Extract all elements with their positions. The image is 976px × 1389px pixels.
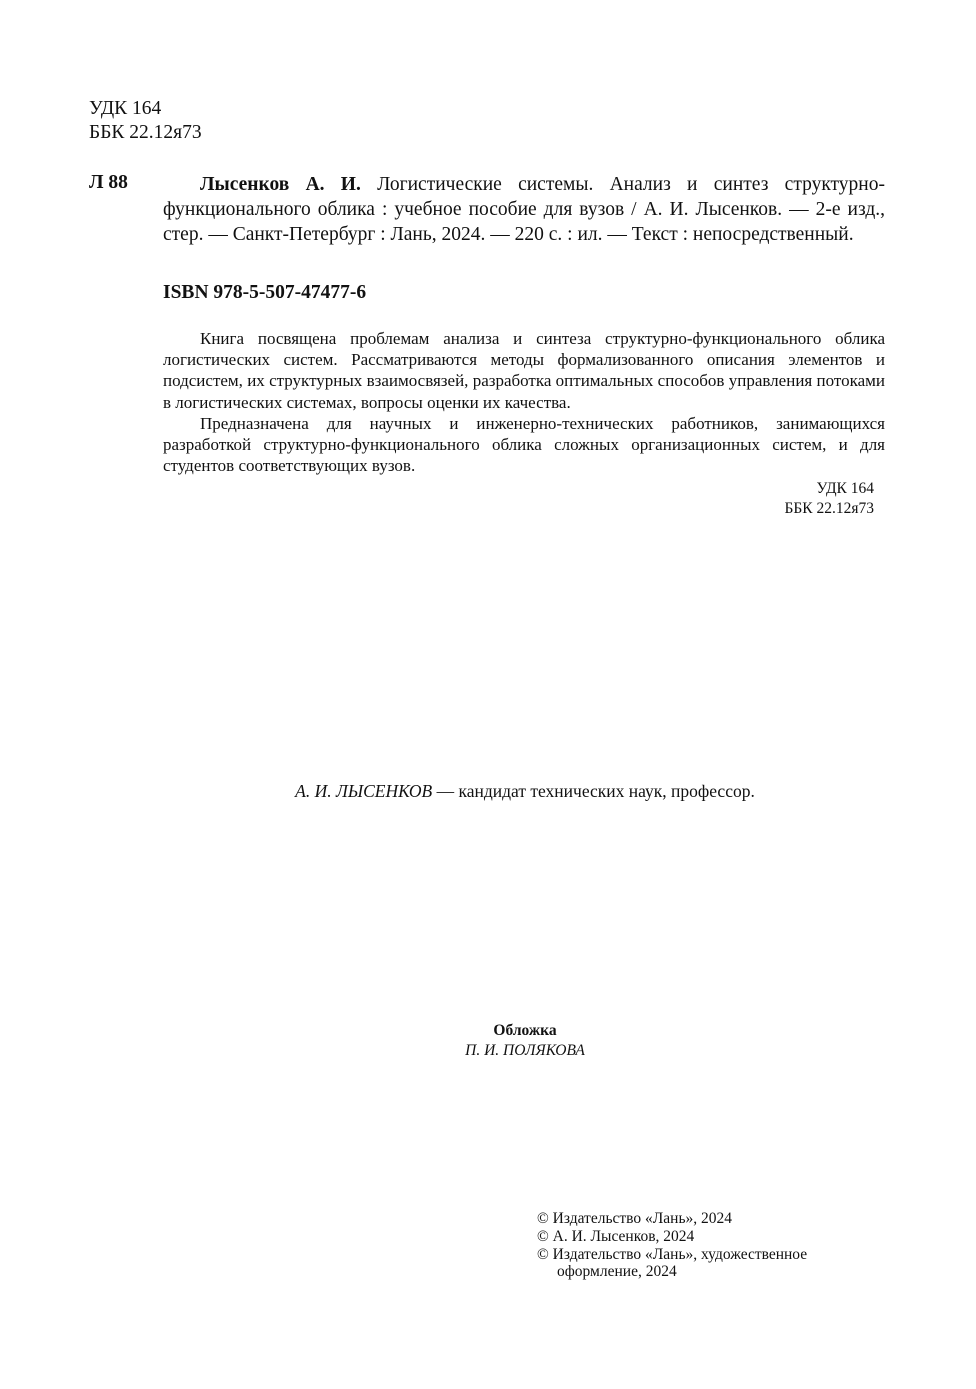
udk-code: УДК 164 bbox=[784, 479, 874, 499]
annotation: Книга посвящена проблемам анализа и синт… bbox=[163, 328, 885, 476]
author-mark: Л 88 bbox=[89, 172, 128, 194]
cover-designer: П. И. ПОЛЯКОВА bbox=[0, 1041, 976, 1061]
udk-code: УДК 164 bbox=[89, 97, 202, 121]
record-author: Лысенков А. И. bbox=[200, 174, 361, 195]
isbn: ISBN 978-5-507-47477-6 bbox=[163, 282, 366, 304]
copyright-block: © Издательство «Лань», 2024 © А. И. Лысе… bbox=[537, 1210, 807, 1281]
author-name: А. И. ЛЫСЕНКОВ bbox=[295, 781, 432, 801]
author-credentials: — кандидат технических наук, профессор. bbox=[432, 781, 755, 801]
author-note: А. И. ЛЫСЕНКОВ — кандидат технических на… bbox=[0, 781, 976, 802]
bibliographic-record: Лысенков А. И. Логистические системы. Ан… bbox=[163, 172, 885, 247]
bbk-code: ББК 22.12я73 bbox=[89, 121, 202, 145]
cover-credit: Обложка П. И. ПОЛЯКОВА bbox=[0, 1021, 976, 1060]
classification-right: УДК 164 ББК 22.12я73 bbox=[784, 479, 874, 518]
bbk-code: ББК 22.12я73 bbox=[784, 499, 874, 519]
copyright-line: оформление, 2024 bbox=[537, 1263, 807, 1281]
cover-label: Обложка bbox=[0, 1021, 976, 1041]
annotation-paragraph: Книга посвящена проблемам анализа и синт… bbox=[163, 328, 885, 413]
copyright-line: © Издательство «Лань», 2024 bbox=[537, 1210, 807, 1228]
copyright-line: © А. И. Лысенков, 2024 bbox=[537, 1228, 807, 1246]
copyright-line: © Издательство «Лань», художественное bbox=[537, 1246, 807, 1264]
annotation-paragraph: Предназначена для научных и инженерно-те… bbox=[163, 413, 885, 477]
classification-top: УДК 164 ББК 22.12я73 bbox=[89, 97, 202, 145]
